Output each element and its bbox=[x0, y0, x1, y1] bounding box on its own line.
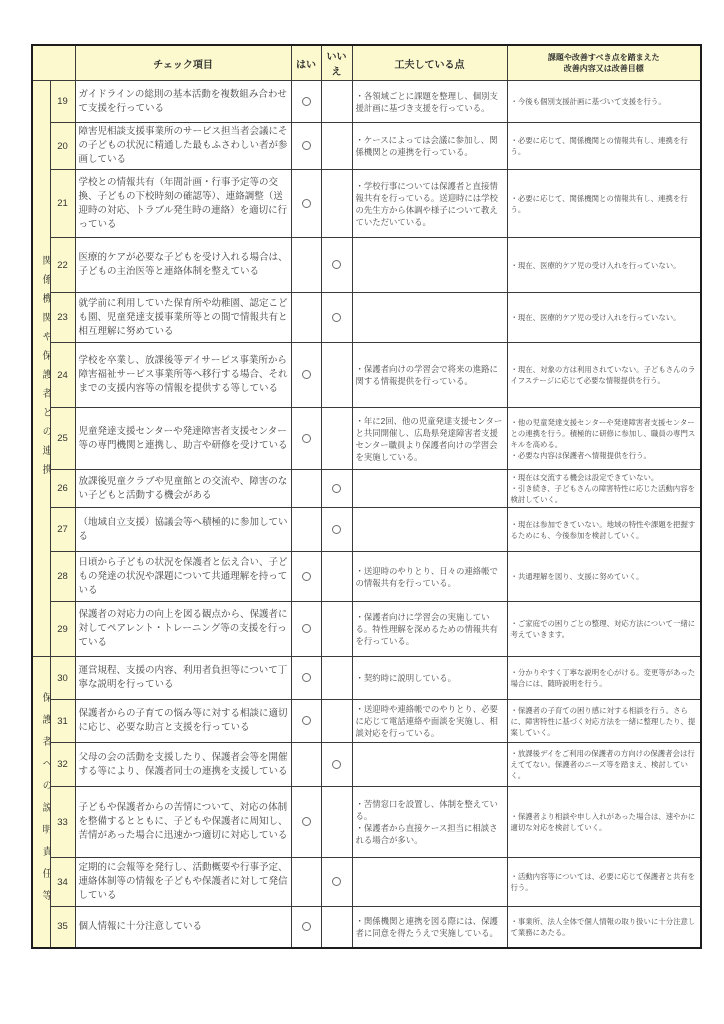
yes-cell bbox=[291, 81, 321, 123]
header-effort: 工夫している点 bbox=[352, 45, 507, 81]
improvement-text: ・現在、対象の方は利用されていない。子どもさんのライフステージに応じて必要な情報… bbox=[507, 343, 701, 408]
no-cell bbox=[321, 552, 352, 602]
check-item-text: 医療的ケアが必要な子どもを受け入れる場合は、子どもの主治医等と連絡体制を整えてい… bbox=[75, 238, 291, 293]
row-number: 27 bbox=[50, 508, 75, 552]
no-cell bbox=[321, 907, 352, 948]
yes-cell bbox=[291, 602, 321, 657]
improvement-bullet: ・ご家庭での困りごとの整理、対応方法について一緒に考えていきます。 bbox=[511, 618, 698, 640]
section-group-cell: 関係機関や保護者との連携 bbox=[32, 81, 50, 657]
improvement-bullet: ・現在、対象の方は利用されていない。子どもさんのライフステージに応じて必要な情報… bbox=[511, 364, 698, 386]
improvement-text: ・放課後デイをご利用の保護者の方向けの保護者会は行えててない。保護者のニーズ等を… bbox=[507, 743, 701, 787]
improvement-bullet: ・放課後デイをご利用の保護者の方向けの保護者会は行えててない。保護者のニーズ等を… bbox=[511, 748, 698, 781]
no-circle-mark bbox=[332, 877, 341, 886]
no-cell bbox=[321, 508, 352, 552]
check-item-text: 学校を卒業し、放課後等デイサービス事業所から障害福祉サービス事業所等へ移行する場… bbox=[75, 343, 291, 408]
improvement-bullet: ・今後も個別支援計画に基づいて支援を行う。 bbox=[511, 96, 698, 107]
check-item-text: 学校との情報共有（年間計画・行事予定等の交換、子どもの下校時刻の確認等）、連絡調… bbox=[75, 170, 291, 238]
yes-cell bbox=[291, 552, 321, 602]
no-circle-mark bbox=[332, 484, 341, 493]
no-cell bbox=[321, 657, 352, 700]
improvement-text: ・ご家庭での困りごとの整理、対応方法について一緒に考えていきます。 bbox=[507, 602, 701, 657]
yes-cell bbox=[291, 170, 321, 238]
yes-cell bbox=[291, 700, 321, 743]
effort-bullet: ・関係機関と連携を図る際には、保護者に同意を得たうえで実施している。 bbox=[356, 915, 504, 939]
effort-text bbox=[352, 743, 507, 787]
no-cell bbox=[321, 238, 352, 293]
improvement-bullet: ・現在、医療的ケア児の受け入れを行っていない。 bbox=[511, 312, 698, 323]
row-number: 21 bbox=[50, 170, 75, 238]
table-header-row: チェック項目 はい いいえ 工夫している点 課題や改善すべき点を踏まえた 改善内… bbox=[32, 45, 701, 81]
effort-bullet: ・ケースによっては会議に参加し、関係機関との連携を行っている。 bbox=[356, 134, 504, 158]
improvement-bullet: ・保護者より相談や申し入れがあった場合は、速やかに適切な対応を検討していく。 bbox=[511, 811, 698, 833]
checklist-row: 26放課後児童クラブや児童館との交流や、障害のない子どもと活動する機会がある・現… bbox=[32, 470, 701, 508]
row-number: 24 bbox=[50, 343, 75, 408]
effort-bullet: ・学校行事については保護者と直接情報共有を行っている。送迎時には学校の先生方から… bbox=[356, 180, 504, 228]
check-item-text: 運営規程、支援の内容、利用者負担等について丁寧な説明を行っている bbox=[75, 657, 291, 700]
yes-cell bbox=[291, 657, 321, 700]
effort-text bbox=[352, 858, 507, 907]
header-corner-cell bbox=[32, 45, 75, 81]
effort-text: ・関係機関と連携を図る際には、保護者に同意を得たうえで実施している。 bbox=[352, 907, 507, 948]
effort-text: ・ケースによっては会議に参加し、関係機関との連携を行っている。 bbox=[352, 123, 507, 170]
row-number: 23 bbox=[50, 293, 75, 343]
yes-cell bbox=[291, 858, 321, 907]
header-improvement-line2: 改善内容又は改善目標 bbox=[511, 63, 698, 74]
effort-text: ・年に2回、他の児童発達支援センターと共同開催し、広島県発達障害者支援センター職… bbox=[352, 408, 507, 470]
row-number: 34 bbox=[50, 858, 75, 907]
improvement-bullet: ・分かりやすく丁寧な説明を心がける。変更等があった場合には、随時説明を行う。 bbox=[511, 667, 698, 689]
checklist-row: 25児童発達支援センターや発達障害者支援センター等の専門機関と連携し、助言や研修… bbox=[32, 408, 701, 470]
check-item-text: ガイドラインの総則の基本活動を複数組み合わせて支援を行っている bbox=[75, 81, 291, 123]
no-cell bbox=[321, 700, 352, 743]
no-circle-mark bbox=[332, 260, 341, 269]
checklist-row: 保護者への説明責任等30運営規程、支援の内容、利用者負担等について丁寧な説明を行… bbox=[32, 657, 701, 700]
check-item-text: 父母の会の活動を支援したり、保護者会等を開催する等により、保護者同士の連携を支援… bbox=[75, 743, 291, 787]
section-group-cell: 保護者への説明責任等 bbox=[32, 657, 50, 948]
check-item-text: 保護者からの子育ての悩み等に対する相談に適切に応じ、必要な助言と支援を行っている bbox=[75, 700, 291, 743]
check-item-text: 個人情報に十分注意している bbox=[75, 907, 291, 948]
no-circle-mark bbox=[332, 313, 341, 322]
checklist-row: 20障害児相談支援事業所のサービス担当者会議にその子どもの状況に精通した最もふさ… bbox=[32, 123, 701, 170]
improvement-bullet: ・共通理解を図り、支援に努めていく。 bbox=[511, 571, 698, 582]
no-circle-mark bbox=[332, 760, 341, 769]
no-cell bbox=[321, 408, 352, 470]
checklist-row: 31保護者からの子育ての悩み等に対する相談に適切に応じ、必要な助言と支援を行って… bbox=[32, 700, 701, 743]
checklist-row: 33子どもや保護者からの苦情について、対応の体制を整備するとともに、子どもや保護… bbox=[32, 787, 701, 858]
effort-text bbox=[352, 470, 507, 508]
checklist-row: 28日頃から子どもの状況を保護者と伝え合い、子どもの発達の状況や課題について共通… bbox=[32, 552, 701, 602]
improvement-text: ・現在、医療的ケア児の受け入れを行っていない。 bbox=[507, 238, 701, 293]
check-item-text: 定期的に会報等を発行し、活動概要や行事予定、連絡体制等の情報を子どもや保護者に対… bbox=[75, 858, 291, 907]
header-yes: はい bbox=[291, 45, 321, 81]
effort-bullet: ・各領域ごとに課題を整理し、個別支援計画に基づき支援を行っている。 bbox=[356, 90, 504, 114]
yes-cell bbox=[291, 743, 321, 787]
improvement-text: ・保護者の子育ての困り感に対する相談を行う。さらに、障害特性に基づく対応方法を一… bbox=[507, 700, 701, 743]
effort-text: ・各領域ごとに課題を整理し、個別支援計画に基づき支援を行っている。 bbox=[352, 81, 507, 123]
effort-text: ・保護者向けに学習会の実施している。特性理解を深めるための情報共有を行っている。 bbox=[352, 602, 507, 657]
improvement-text: ・分かりやすく丁寧な説明を心がける。変更等があった場合には、随時説明を行う。 bbox=[507, 657, 701, 700]
improvement-text: ・現在、医療的ケア児の受け入れを行っていない。 bbox=[507, 293, 701, 343]
effort-text bbox=[352, 293, 507, 343]
row-number: 35 bbox=[50, 907, 75, 948]
yes-circle-mark bbox=[302, 817, 311, 826]
improvement-text: ・事業所、法人全体で個人情報の取り扱いに十分注意して業務にあたる。 bbox=[507, 907, 701, 948]
row-number: 28 bbox=[50, 552, 75, 602]
yes-cell bbox=[291, 293, 321, 343]
improvement-bullet: ・他の児童発達支援センターや発達障害者支援センターとの連携を行う。積極的に研修に… bbox=[511, 417, 698, 450]
yes-cell bbox=[291, 238, 321, 293]
effort-text: ・送迎時のやりとり、日々の連絡帳での情報共有を行っている。 bbox=[352, 552, 507, 602]
no-cell bbox=[321, 470, 352, 508]
improvement-text: ・共通理解を図り、支援に努めていく。 bbox=[507, 552, 701, 602]
checklist-row: 29保護者の対応力の向上を図る観点から、保護者に対してペアレント・トレーニング等… bbox=[32, 602, 701, 657]
yes-circle-mark bbox=[302, 370, 311, 379]
row-number: 20 bbox=[50, 123, 75, 170]
yes-cell bbox=[291, 470, 321, 508]
yes-circle-mark bbox=[302, 434, 311, 443]
yes-circle-mark bbox=[302, 922, 311, 931]
improvement-text: ・今後も個別支援計画に基づいて支援を行う。 bbox=[507, 81, 701, 123]
improvement-bullet: ・保護者の子育ての困り感に対する相談を行う。さらに、障害特性に基づく対応方法を一… bbox=[511, 705, 698, 738]
header-no: いいえ bbox=[321, 45, 352, 81]
effort-bullet: ・契約時に説明している。 bbox=[356, 672, 504, 684]
header-improvement: 課題や改善すべき点を踏まえた 改善内容又は改善目標 bbox=[507, 45, 701, 81]
yes-cell bbox=[291, 408, 321, 470]
improvement-bullet: ・必要に応じて、関係機関との情報共有し、連携を行う。 bbox=[511, 193, 698, 215]
improvement-bullet: ・必要な内容は保護者へ情報提供を行う。 bbox=[511, 450, 698, 461]
row-number: 31 bbox=[50, 700, 75, 743]
checklist-row: 35個人情報に十分注意している・関係機関と連携を図る際には、保護者に同意を得たう… bbox=[32, 907, 701, 948]
no-cell bbox=[321, 787, 352, 858]
yes-circle-mark bbox=[302, 624, 311, 633]
improvement-text: ・保護者より相談や申し入れがあった場合は、速やかに適切な対応を検討していく。 bbox=[507, 787, 701, 858]
improvement-bullet: ・現在、医療的ケア児の受け入れを行っていない。 bbox=[511, 260, 698, 271]
effort-text: ・苦情窓口を設置し、体制を整えている。・保護者から直接ケース担当に相談される場合… bbox=[352, 787, 507, 858]
no-cell bbox=[321, 743, 352, 787]
yes-circle-mark bbox=[302, 572, 311, 581]
effort-bullet: ・送迎時や連絡帳でのやりとり、必要に応じて電話連絡や面談を実施し、相談対応を行っ… bbox=[356, 703, 504, 739]
yes-circle-mark bbox=[302, 673, 311, 682]
effort-text: ・契約時に説明している。 bbox=[352, 657, 507, 700]
effort-text bbox=[352, 238, 507, 293]
improvement-bullet: ・現在は参加できていない。地域の特性や課題を把握するためにも、今後参加を検討して… bbox=[511, 519, 698, 541]
header-check-item: チェック項目 bbox=[75, 45, 291, 81]
yes-cell bbox=[291, 123, 321, 170]
row-number: 32 bbox=[50, 743, 75, 787]
effort-text: ・送迎時や連絡帳でのやりとり、必要に応じて電話連絡や面談を実施し、相談対応を行っ… bbox=[352, 700, 507, 743]
effort-bullet: ・保護者向けの学習会で将来の進路に関する情報提供を行っている。 bbox=[356, 363, 504, 387]
improvement-text: ・必要に応じて、関係機関との情報共有し、連携を行う。 bbox=[507, 170, 701, 238]
no-cell bbox=[321, 293, 352, 343]
no-cell bbox=[321, 858, 352, 907]
effort-bullet: ・送迎時のやりとり、日々の連絡帳での情報共有を行っている。 bbox=[356, 565, 504, 589]
scanned-checklist-page: チェック項目 はい いいえ 工夫している点 課題や改善すべき点を踏まえた 改善内… bbox=[0, 0, 724, 1024]
effort-text: ・学校行事については保護者と直接情報共有を行っている。送迎時には学校の先生方から… bbox=[352, 170, 507, 238]
yes-circle-mark bbox=[302, 716, 311, 725]
effort-text: ・保護者向けの学習会で将来の進路に関する情報提供を行っている。 bbox=[352, 343, 507, 408]
row-number: 33 bbox=[50, 787, 75, 858]
check-item-text: （地域自立支援）協議会等へ積極的に参加している bbox=[75, 508, 291, 552]
checklist-row: 23就学前に利用していた保育所や幼稚園、認定こども園、児童発達支援事業所等との間… bbox=[32, 293, 701, 343]
section-label: 関係機関や保護者との連携 bbox=[36, 255, 50, 483]
check-item-text: 児童発達支援センターや発達障害者支援センター等の専門機関と連携し、助言や研修を受… bbox=[75, 408, 291, 470]
yes-circle-mark bbox=[302, 97, 311, 106]
row-number: 22 bbox=[50, 238, 75, 293]
yes-cell bbox=[291, 907, 321, 948]
effort-bullet: ・保護者から直接ケース担当に相談される場合が多い。 bbox=[356, 822, 504, 846]
no-cell bbox=[321, 123, 352, 170]
improvement-bullet: ・事業所、法人全体で個人情報の取り扱いに十分注意して業務にあたる。 bbox=[511, 916, 698, 938]
yes-cell bbox=[291, 343, 321, 408]
no-circle-mark bbox=[332, 525, 341, 534]
section-label: 保護者への説明責任等 bbox=[36, 692, 50, 912]
check-item-text: 就学前に利用していた保育所や幼稚園、認定こども園、児童発達支援事業所等との間で情… bbox=[75, 293, 291, 343]
checklist-row: 27（地域自立支援）協議会等へ積極的に参加している・現在は参加できていない。地域… bbox=[32, 508, 701, 552]
improvement-bullet: ・活動内容等については、必要に応じて保護者と共有を行う。 bbox=[511, 871, 698, 893]
checklist-row: 32父母の会の活動を支援したり、保護者会等を開催する等により、保護者同士の連携を… bbox=[32, 743, 701, 787]
improvement-text: ・必要に応じて、関係機関との情報共有し、連携を行う。 bbox=[507, 123, 701, 170]
no-cell bbox=[321, 81, 352, 123]
checklist-row: 22医療的ケアが必要な子どもを受け入れる場合は、子どもの主治医等と連絡体制を整え… bbox=[32, 238, 701, 293]
yes-circle-mark bbox=[302, 199, 311, 208]
checklist-body: 関係機関や保護者との連携19ガイドラインの総則の基本活動を複数組み合わせて支援を… bbox=[32, 81, 701, 948]
improvement-text: ・活動内容等については、必要に応じて保護者と共有を行う。 bbox=[507, 858, 701, 907]
effort-bullet: ・保護者向けに学習会の実施している。特性理解を深めるための情報共有を行っている。 bbox=[356, 611, 504, 647]
effort-text bbox=[352, 508, 507, 552]
check-item-text: 日頃から子どもの状況を保護者と伝え合い、子どもの発達の状況や課題について共通理解… bbox=[75, 552, 291, 602]
self-assessment-table: チェック項目 はい いいえ 工夫している点 課題や改善すべき点を踏まえた 改善内… bbox=[31, 44, 702, 949]
yes-cell bbox=[291, 508, 321, 552]
no-cell bbox=[321, 170, 352, 238]
improvement-text: ・現在は交流する機会は設定できていない。・引き続き、子どもさんの障害特性に応じた… bbox=[507, 470, 701, 508]
check-item-text: 障害児相談支援事業所のサービス担当者会議にその子どもの状況に精通した最もふさわし… bbox=[75, 123, 291, 170]
yes-cell bbox=[291, 787, 321, 858]
checklist-row: 21学校との情報共有（年間計画・行事予定等の交換、子どもの下校時刻の確認等）、連… bbox=[32, 170, 701, 238]
row-number: 25 bbox=[50, 408, 75, 470]
effort-bullet: ・苦情窓口を設置し、体制を整えている。 bbox=[356, 798, 504, 822]
header-improvement-line1: 課題や改善すべき点を踏まえた bbox=[511, 52, 698, 63]
row-number: 26 bbox=[50, 470, 75, 508]
yes-circle-mark bbox=[302, 141, 311, 150]
effort-bullet: ・年に2回、他の児童発達支援センターと共同開催し、広島県発達障害者支援センター職… bbox=[356, 415, 504, 463]
check-item-text: 放課後児童クラブや児童館との交流や、障害のない子どもと活動する機会がある bbox=[75, 470, 291, 508]
check-item-text: 子どもや保護者からの苦情について、対応の体制を整備するとともに、子どもや保護者に… bbox=[75, 787, 291, 858]
improvement-text: ・他の児童発達支援センターや発達障害者支援センターとの連携を行う。積極的に研修に… bbox=[507, 408, 701, 470]
checklist-row: 関係機関や保護者との連携19ガイドラインの総則の基本活動を複数組み合わせて支援を… bbox=[32, 81, 701, 123]
no-cell bbox=[321, 602, 352, 657]
row-number: 30 bbox=[50, 657, 75, 700]
row-number: 29 bbox=[50, 602, 75, 657]
check-item-text: 保護者の対応力の向上を図る観点から、保護者に対してペアレント・トレーニング等の支… bbox=[75, 602, 291, 657]
improvement-bullet: ・現在は交流する機会は設定できていない。 bbox=[511, 472, 698, 483]
improvement-bullet: ・必要に応じて、関係機関との情報共有し、連携を行う。 bbox=[511, 135, 698, 157]
checklist-row: 24学校を卒業し、放課後等デイサービス事業所から障害福祉サービス事業所等へ移行す… bbox=[32, 343, 701, 408]
no-cell bbox=[321, 343, 352, 408]
checklist-row: 34定期的に会報等を発行し、活動概要や行事予定、連絡体制等の情報を子どもや保護者… bbox=[32, 858, 701, 907]
row-number: 19 bbox=[50, 81, 75, 123]
improvement-bullet: ・引き続き、子どもさんの障害特性に応じた活動内容を検討していく。 bbox=[511, 483, 698, 505]
improvement-text: ・現在は参加できていない。地域の特性や課題を把握するためにも、今後参加を検討して… bbox=[507, 508, 701, 552]
